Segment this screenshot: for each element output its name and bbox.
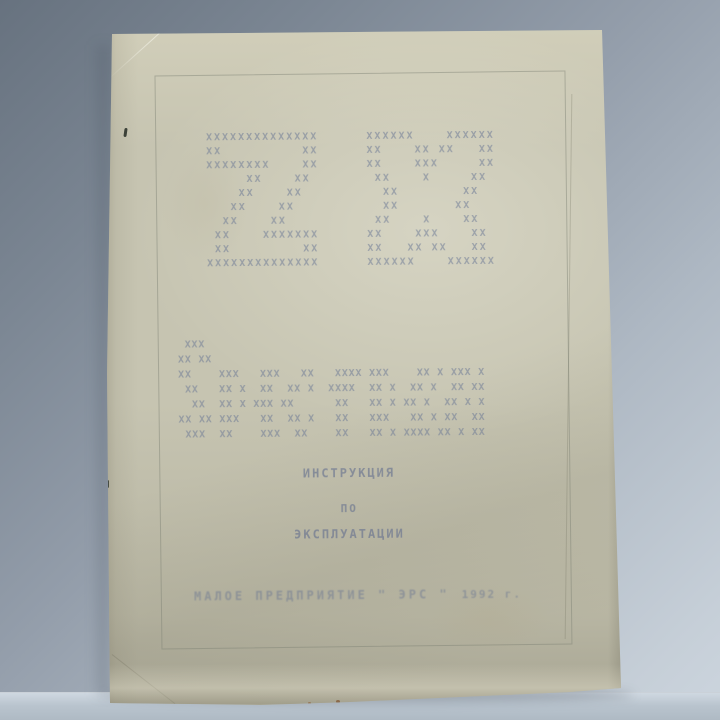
imprint-line: МАЛОЕ ПРЕДПРИЯТИЕ " ЭРС " 1992 г. <box>194 587 522 604</box>
title-line-ekspluatacii: ЭКСПЛУАТАЦИИ <box>199 526 499 543</box>
title-line-po: ПО <box>199 501 499 517</box>
cover-content: XXXXXXXXXXXXXX XXXXXX XXXXXX XX XX XX XX… <box>97 22 631 715</box>
typewriter-art-logo: XXXXXXXXXXXXXX XXXXXX XXXXXX XX XX XX XX… <box>206 129 496 272</box>
booklet-cover: XXXXXXXXXXXXXX XXXXXX XXXXXX XX XX XX XX… <box>100 24 628 712</box>
title-line-instrukcija: ИНСТРУКЦИЯ <box>199 465 499 482</box>
photo-of-document: XXXXXXXXXXXXXX XXXXXX XXXXXX XX XX XX XX… <box>0 0 720 720</box>
publication-year: 1992 г. <box>462 588 522 602</box>
publisher-name: МАЛОЕ ПРЕДПРИЯТИЕ " ЭРС " <box>194 587 450 603</box>
typewriter-art-script-word: XXX XX XX XX XXX XXX XX XXXX XXX XX X XX… <box>178 335 486 443</box>
